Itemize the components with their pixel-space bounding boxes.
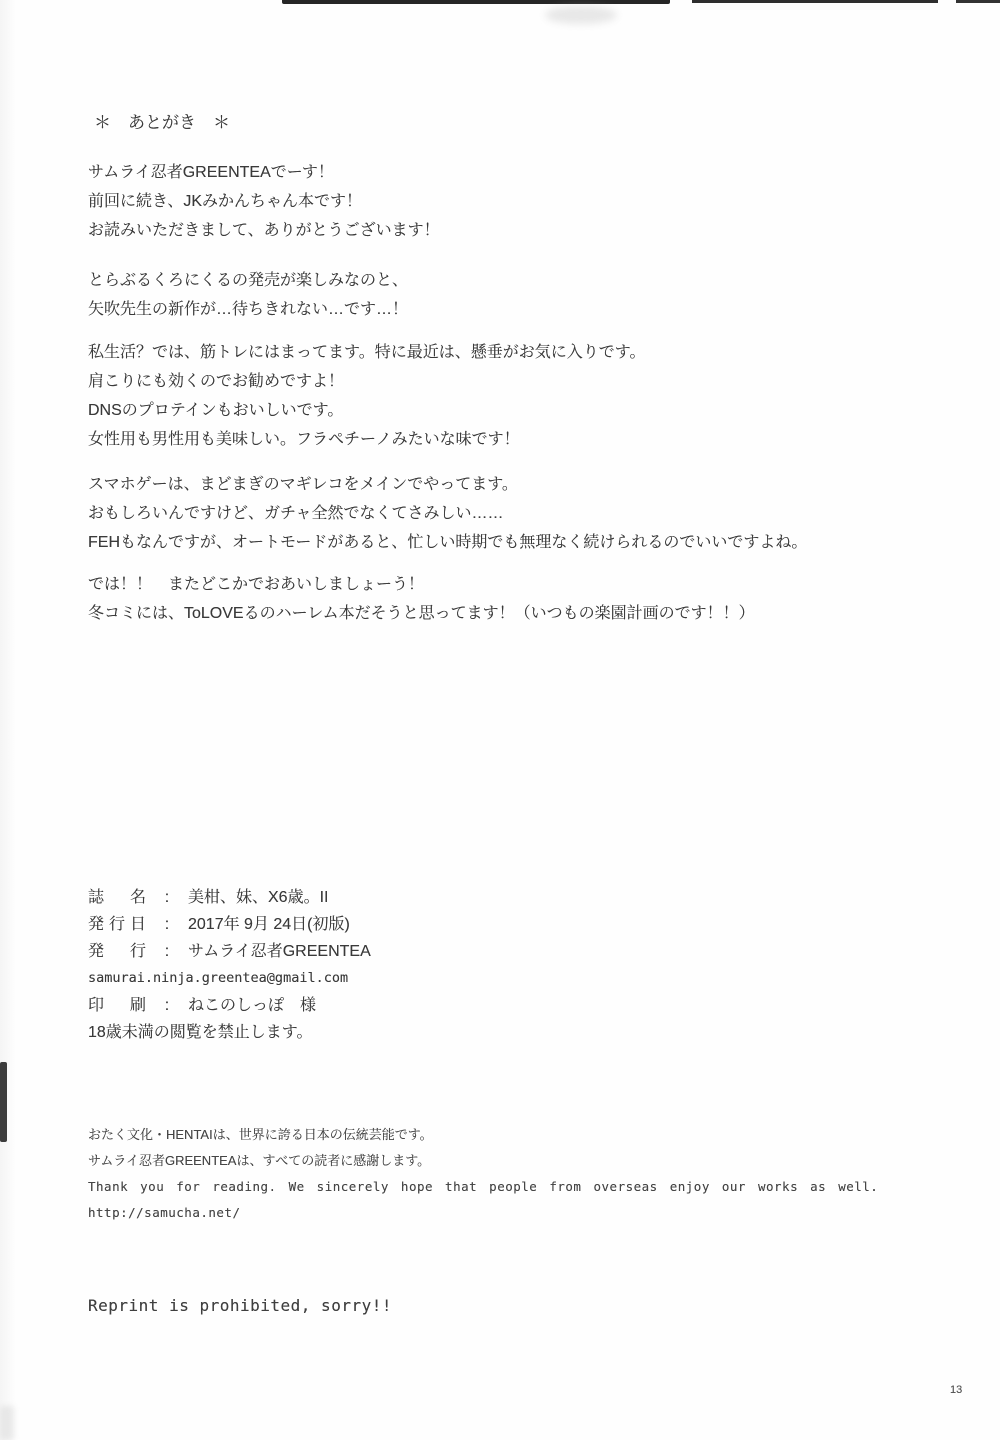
afterword-paragraph-closing: では！！ またどこかでおあいしましょーう！ 冬コミには、ToLOVEるのハーレム…: [88, 570, 755, 628]
colophon-age-restriction: 18歳未満の閲覧を禁止します。: [88, 1019, 313, 1046]
colophon-value-publisher: サムライ忍者GREENTEA: [188, 938, 371, 965]
scan-artifact-smudge: [545, 6, 617, 24]
colophon-separator: :: [146, 992, 188, 1019]
scan-artifact-top-edge: [956, 0, 1000, 3]
scan-artifact-left-edge: [0, 1062, 7, 1142]
colophon-email: samurai.ninja.greentea@gmail.com: [88, 965, 348, 992]
afterword-paragraph-upcoming: とらぶるくろにくるの発売が楽しみなのと、 矢吹先生の新作が…待ちきれない…です……: [88, 266, 408, 324]
colophon-row-title: 誌名 : 美柑、妹、X6歳。II: [88, 884, 371, 911]
colophon-label: 発行日: [88, 911, 146, 938]
scanned-afterword-page: ＊ あとがき ＊ サムライ忍者GREENTEAでーす！ 前回に続き、JKみかんち…: [0, 0, 1000, 1440]
reprint-prohibited-notice: Reprint is prohibited, sorry!!: [88, 1296, 392, 1315]
colophon-separator: :: [146, 938, 188, 965]
reader-notice: おたく文化・HENTAIは、世界に誇る日本の伝統芸能です。 サムライ忍者GREE…: [88, 1122, 878, 1226]
colophon-label: 印刷: [88, 992, 146, 1019]
colophon-separator: :: [146, 911, 188, 938]
afterword-paragraph-greeting: サムライ忍者GREENTEAでーす！ 前回に続き、JKみかんちゃん本です！ お読…: [88, 158, 440, 245]
colophon-row-publish-date: 発行日 : 2017年 9月 24日(初版): [88, 911, 371, 938]
colophon-row-publisher: 発行 : サムライ忍者GREENTEA: [88, 938, 371, 965]
colophon-value-publish-date: 2017年 9月 24日(初版): [188, 911, 350, 938]
colophon-row-age-restriction: 18歳未満の閲覧を禁止します。: [88, 1019, 371, 1046]
colophon-label: 発行: [88, 938, 146, 965]
page-number: 13: [950, 1384, 962, 1396]
reader-notice-url: http://samucha.net/: [88, 1200, 878, 1226]
reader-notice-en-line: Thank you for reading. We sincerely hope…: [88, 1174, 878, 1200]
afterword-paragraph-smartphone-games: スマホゲーは、まどまぎのマギレコをメインでやってます。 おもしろいんですけど、ガ…: [88, 470, 807, 557]
afterword-paragraph-private-life: 私生活？では、筋トレにはまってます。特に最近は、懸垂がお気に入りです。 肩こりに…: [88, 338, 645, 454]
colophon-separator: :: [146, 884, 188, 911]
scan-artifact-bottom-left: [0, 1406, 14, 1440]
colophon-value-printer: ねこのしっぽ 様: [188, 992, 316, 1019]
reader-notice-ja-line1: おたく文化・HENTAIは、世界に誇る日本の伝統芸能です。: [88, 1122, 878, 1148]
colophon-row-printer: 印刷 : ねこのしっぽ 様: [88, 992, 371, 1019]
afterword-heading: ＊ あとがき ＊: [94, 108, 230, 133]
colophon: 誌名 : 美柑、妹、X6歳。II 発行日 : 2017年 9月 24日(初版) …: [88, 884, 371, 1046]
scan-artifact-top-edge: [692, 0, 938, 3]
scan-artifact-top-edge: [282, 0, 670, 4]
colophon-label: 誌名: [88, 884, 146, 911]
colophon-value-title: 美柑、妹、X6歳。II: [188, 884, 328, 911]
reader-notice-ja-line2: サムライ忍者GREENTEAは、すべての読者に感謝します。: [88, 1148, 878, 1174]
colophon-row-email: samurai.ninja.greentea@gmail.com: [88, 965, 371, 992]
